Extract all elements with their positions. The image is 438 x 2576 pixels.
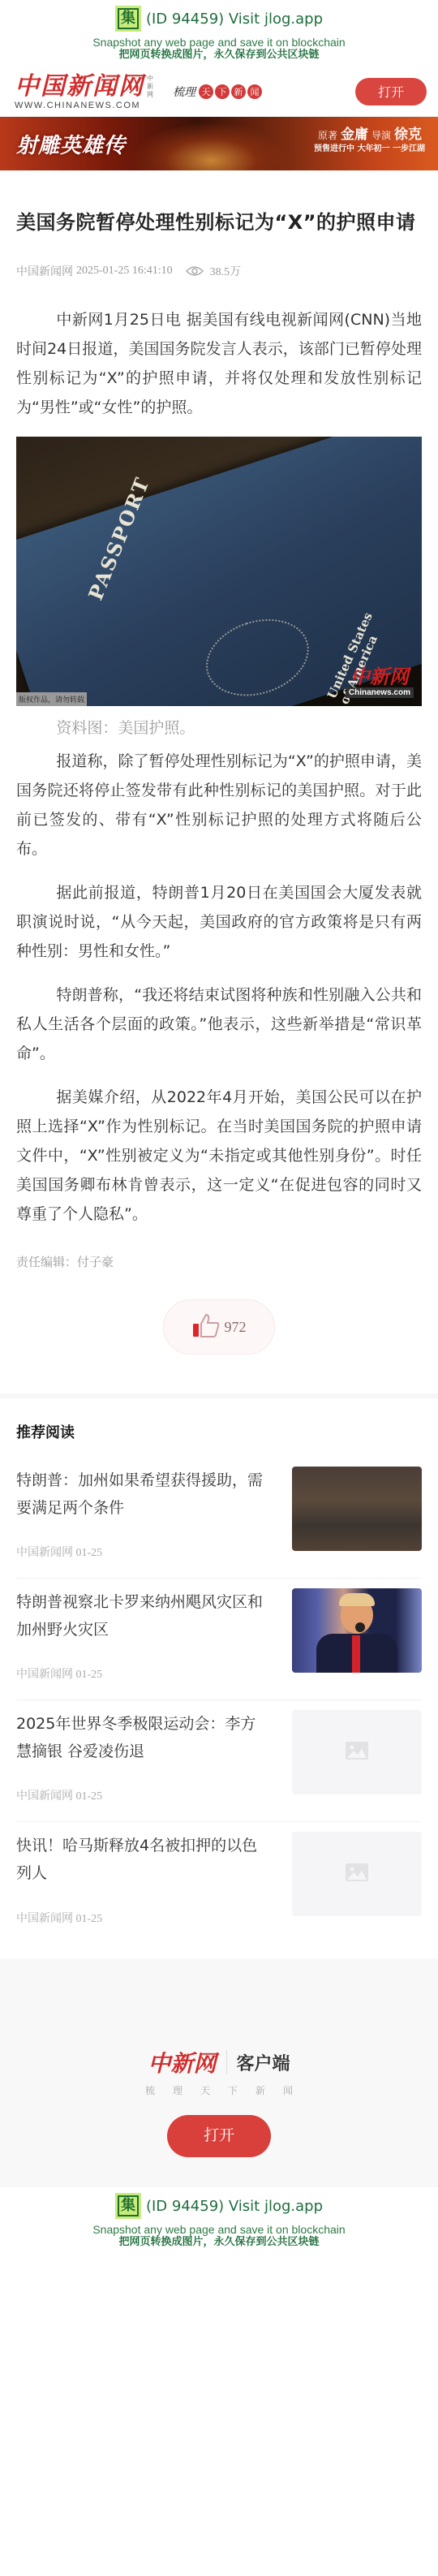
jlog-tagline-zh: 把网页转换成图片，永久保存到公共区块链	[0, 49, 438, 62]
article-paragraph: 特朗普称，“我还将结束试图将种族和性别融入公共和私人生活各个层面的政策。”他表示…	[16, 980, 422, 1068]
recommended-item[interactable]: 特朗普：加州如果希望获得援助，需要满足两个条件 中国新闻网 01-25	[16, 1457, 422, 1579]
article-paragraph: 报道称，除了暂停处理性别标记为“X”的护照申请，美国务院还将停止签发带有此种性别…	[16, 747, 422, 864]
recommended-title[interactable]: 2025年世界冬季极限运动会：李方慧摘银 谷爱凌伤退	[16, 1710, 268, 1765]
app-download-footer: 中新网 客户端 梳理天下新闻 打开	[0, 1958, 438, 2187]
jlog-banner: 集 (ID 94459) Visit jlog.app Snapshot any…	[0, 0, 438, 67]
logo-vertical: 中新网	[147, 75, 155, 99]
recommended-item[interactable]: 快讯！哈马斯释放4名被扣押的以色列人 中国新闻网 01-25	[16, 1822, 422, 1944]
article-body: 中新网1月25日电 据美国有线电视新闻网(CNN)当地时间24日报道，美国国务院…	[16, 305, 422, 1229]
promo-credits: 原著金庸导演徐克 预售进行中 大年初一 一步江湖	[314, 127, 425, 155]
placeholder-thumbnail[interactable]	[292, 1710, 422, 1794]
open-app-footer-button[interactable]: 打开	[167, 2115, 271, 2157]
jlog-id-link[interactable]: (ID 94459) Visit jlog.app	[146, 2198, 323, 2215]
article-title: 美国务院暂停处理性别标记为“X”的护照申请	[16, 170, 422, 243]
article-paragraph: 中新网1月25日电 据美国有线电视新闻网(CNN)当地时间24日报道，美国国务院…	[16, 305, 422, 422]
recommended-meta: 中国新闻网 01-25	[16, 1665, 268, 1682]
article: 美国务院暂停处理性别标记为“X”的护照申请 中国新闻网 2025-01-25 1…	[0, 170, 438, 1394]
image-placeholder-icon	[346, 1742, 368, 1763]
recommended-meta: 中国新闻网 01-25	[16, 1544, 268, 1560]
trump-thumbnail[interactable]	[292, 1588, 422, 1673]
article-source: 中国新闻网	[16, 263, 73, 279]
app-tagline: 梳理天下新闻	[0, 2083, 438, 2097]
recommended-title[interactable]: 特朗普：加州如果希望获得援助，需要满足两个条件	[16, 1467, 268, 1522]
eye-icon	[186, 265, 204, 277]
article-paragraph: 据此前报道，特朗普1月20日在美国国会大厦发表就职演说时说，“从今天起，美国政府…	[16, 878, 422, 966]
article-views: 38.5万	[210, 263, 242, 279]
passport-photo[interactable]: PASSPORT United Statesof America 中新网 Chi…	[16, 437, 422, 706]
jlog-badge-icon: 集	[115, 6, 141, 32]
jlog-tagline-en: Snapshot any web page and save it on blo…	[0, 36, 438, 49]
recommended-meta: 中国新闻网 01-25	[16, 1787, 268, 1803]
recommended-title[interactable]: 快讯！哈马斯释放4名被扣押的以色列人	[16, 1832, 268, 1887]
placeholder-thumbnail[interactable]	[292, 1832, 422, 1916]
article-figure: PASSPORT United Statesof America 中新网 Chi…	[16, 437, 422, 740]
jlog-tagline-en: Snapshot any web page and save it on blo…	[0, 2223, 438, 2236]
chinanews-watermark: 中新网 Chinanews.com	[346, 666, 414, 698]
open-app-button[interactable]: 打开	[355, 78, 427, 106]
jlog-banner-bottom: 集 (ID 94459) Visit jlog.app Snapshot any…	[0, 2187, 438, 2254]
like-button[interactable]: 972	[163, 1299, 275, 1355]
image-placeholder-icon	[346, 1863, 368, 1885]
promo-title: 射雕英雄传	[16, 129, 126, 159]
article-meta: 中国新闻网 2025-01-25 16:41:10 38.5万	[16, 261, 422, 281]
wildfire-thumbnail[interactable]	[292, 1467, 422, 1551]
app-logo: 中新网 客户端	[0, 2048, 438, 2077]
article-datetime: 2025-01-25 16:41:10	[76, 265, 173, 278]
recommended-title[interactable]: 特朗普视察北卡罗来纳州飓风灾区和加州野火灾区	[16, 1588, 268, 1643]
recommended-section: 推荐阅读 特朗普：加州如果希望获得援助，需要满足两个条件 中国新闻网 01-25…	[0, 1398, 438, 1944]
promo-figures-image	[130, 122, 292, 170]
site-logo[interactable]: 中国新闻网 中新网 WWW.CHINANEWS.COM	[15, 73, 155, 110]
jlog-tagline-zh: 把网页转换成图片，永久保存到公共区块链	[0, 2236, 438, 2249]
recommended-item[interactable]: 特朗普视察北卡罗来纳州飓风灾区和加州野火灾区 中国新闻网 01-25	[16, 1579, 422, 1700]
recommended-heading: 推荐阅读	[16, 1398, 422, 1457]
image-caption: 资料图：美国护照。	[16, 716, 422, 740]
copyright-label: 版权作品，请勿转载	[16, 692, 87, 706]
jlog-id-link[interactable]: (ID 94459) Visit jlog.app	[146, 11, 323, 28]
like-count: 972	[225, 1319, 247, 1336]
article-paragraph: 据美媒介绍，从2022年4月开始，美国公民可以在护照上选择“X”作为性别标记。在…	[16, 1083, 422, 1229]
thumbs-up-icon	[192, 1313, 220, 1341]
header-slogan: 梳理 天 下 新 闻	[173, 84, 262, 100]
recommended-meta: 中国新闻网 01-25	[16, 1910, 268, 1926]
logo-url: WWW.CHINANEWS.COM	[15, 101, 155, 110]
promo-banner[interactable]: 射雕英雄传 原著金庸导演徐克 预售进行中 大年初一 一步江湖	[0, 117, 438, 170]
article-editor: 责任编辑：付子豪	[16, 1253, 422, 1270]
logo-text: 中国新闻网	[15, 73, 144, 101]
eagle-seal-icon	[196, 606, 319, 706]
recommended-item[interactable]: 2025年世界冬季极限运动会：李方慧摘银 谷爱凌伤退 中国新闻网 01-25	[16, 1700, 422, 1822]
jlog-badge-icon: 集	[115, 2193, 141, 2219]
site-header: 中国新闻网 中新网 WWW.CHINANEWS.COM 梳理 天 下 新 闻 打…	[0, 67, 438, 117]
